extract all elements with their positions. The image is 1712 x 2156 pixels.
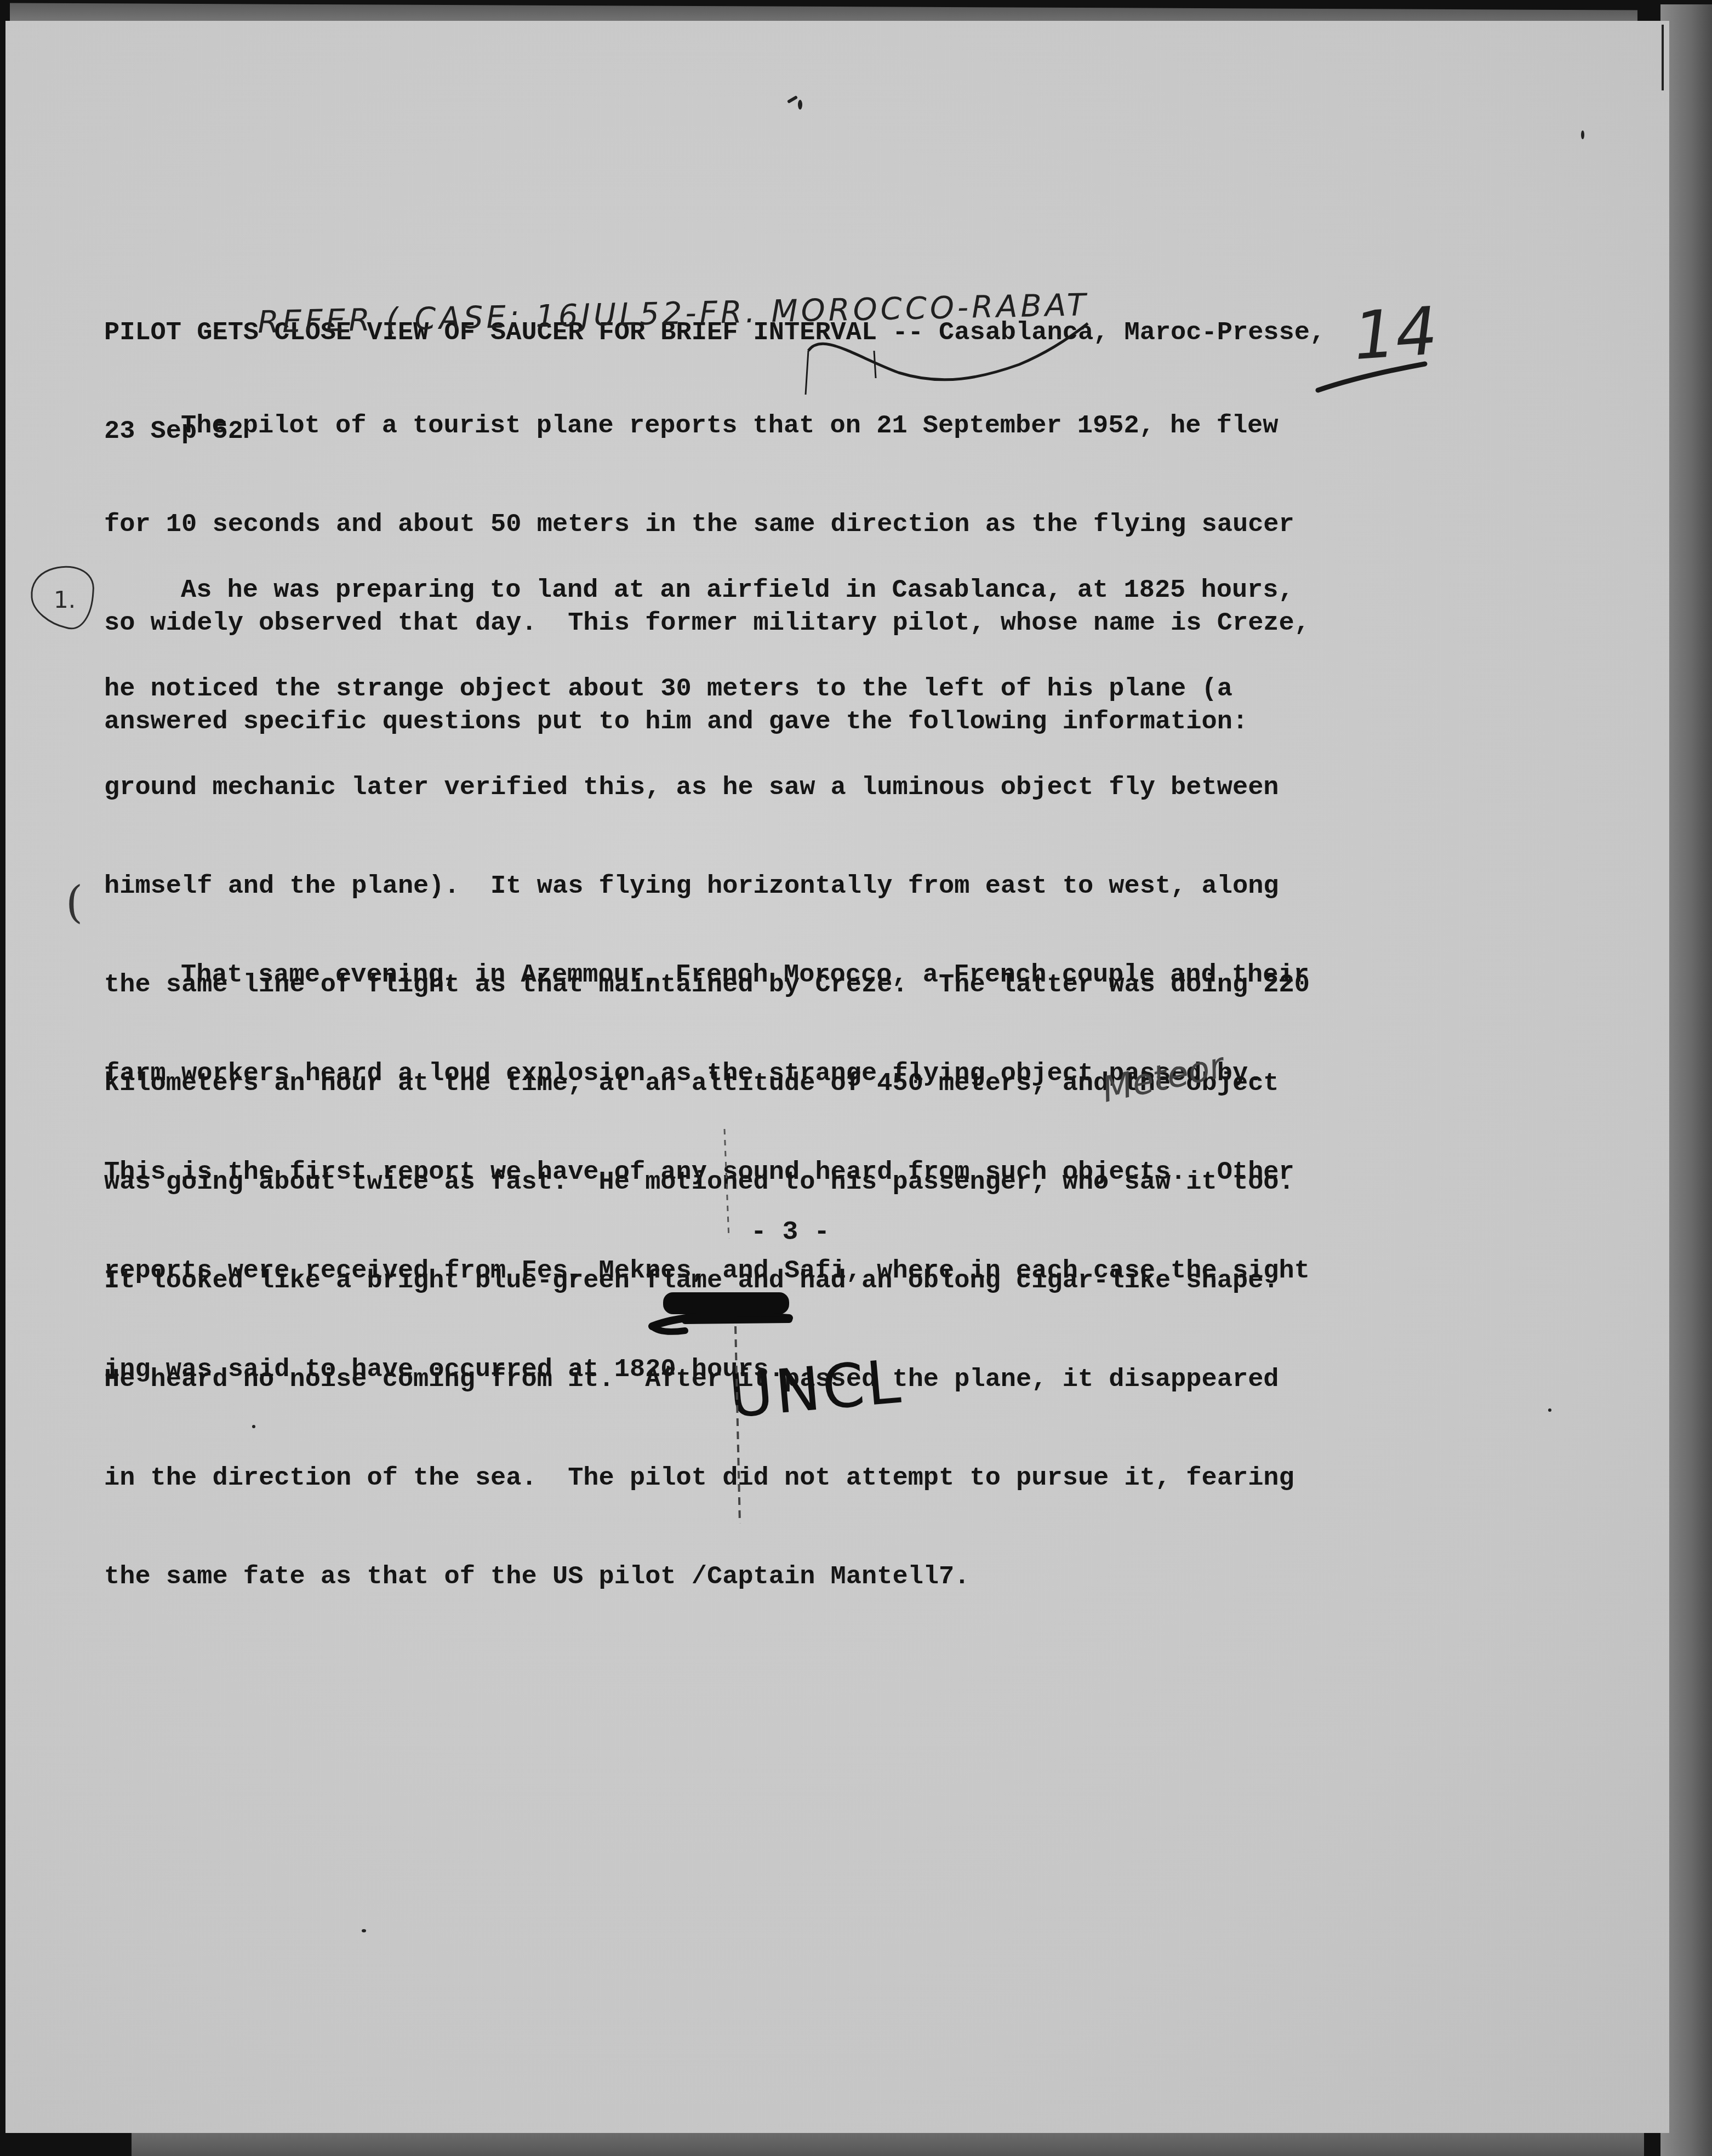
margin-note-text: 1.	[54, 586, 76, 613]
scan-bottom-shadow	[132, 2130, 1644, 2156]
paragraph-line: This is the first report we have of any …	[104, 1156, 1430, 1189]
page-number: - 3 -	[751, 1218, 830, 1247]
redaction-mark	[647, 1288, 877, 1351]
margin-circled-note: 1.	[27, 559, 104, 638]
dust-speck	[1548, 1408, 1551, 1412]
paragraph-line: The pilot of a tourist plane reports tha…	[104, 410, 1430, 443]
dust-speck	[252, 1425, 255, 1428]
paragraph-line: That same evening, in Azemmour, French M…	[104, 959, 1430, 992]
scanned-page-background: PILOT GETS CLOSE VIEW OF SAUCER FOR BRIE…	[0, 0, 1712, 2156]
paragraph-line: the same fate as that of the US pilot /C…	[104, 1561, 1430, 1594]
paragraph-line: As he was preparing to land at an airfie…	[104, 574, 1430, 607]
redaction-scribble-icon	[647, 1288, 877, 1348]
dust-speck	[1581, 130, 1584, 139]
paragraph-line: in the direction of the sea. The pilot d…	[104, 1462, 1430, 1495]
paragraph-line: he noticed the strange object about 30 m…	[104, 673, 1430, 706]
dust-speck	[798, 100, 802, 110]
dust-speck	[362, 1929, 366, 1932]
paragraph-line: farm workers heard a loud explosion as t…	[104, 1058, 1430, 1091]
handwritten-page-mark: 14	[1351, 293, 1440, 375]
page-edge-line	[1662, 25, 1664, 90]
paragraph-line: ground mechanic later verified this, as …	[104, 772, 1430, 805]
paragraph-line: reports were received from Fes, Meknes, …	[104, 1255, 1430, 1288]
margin-paren-mark: (	[66, 877, 83, 928]
